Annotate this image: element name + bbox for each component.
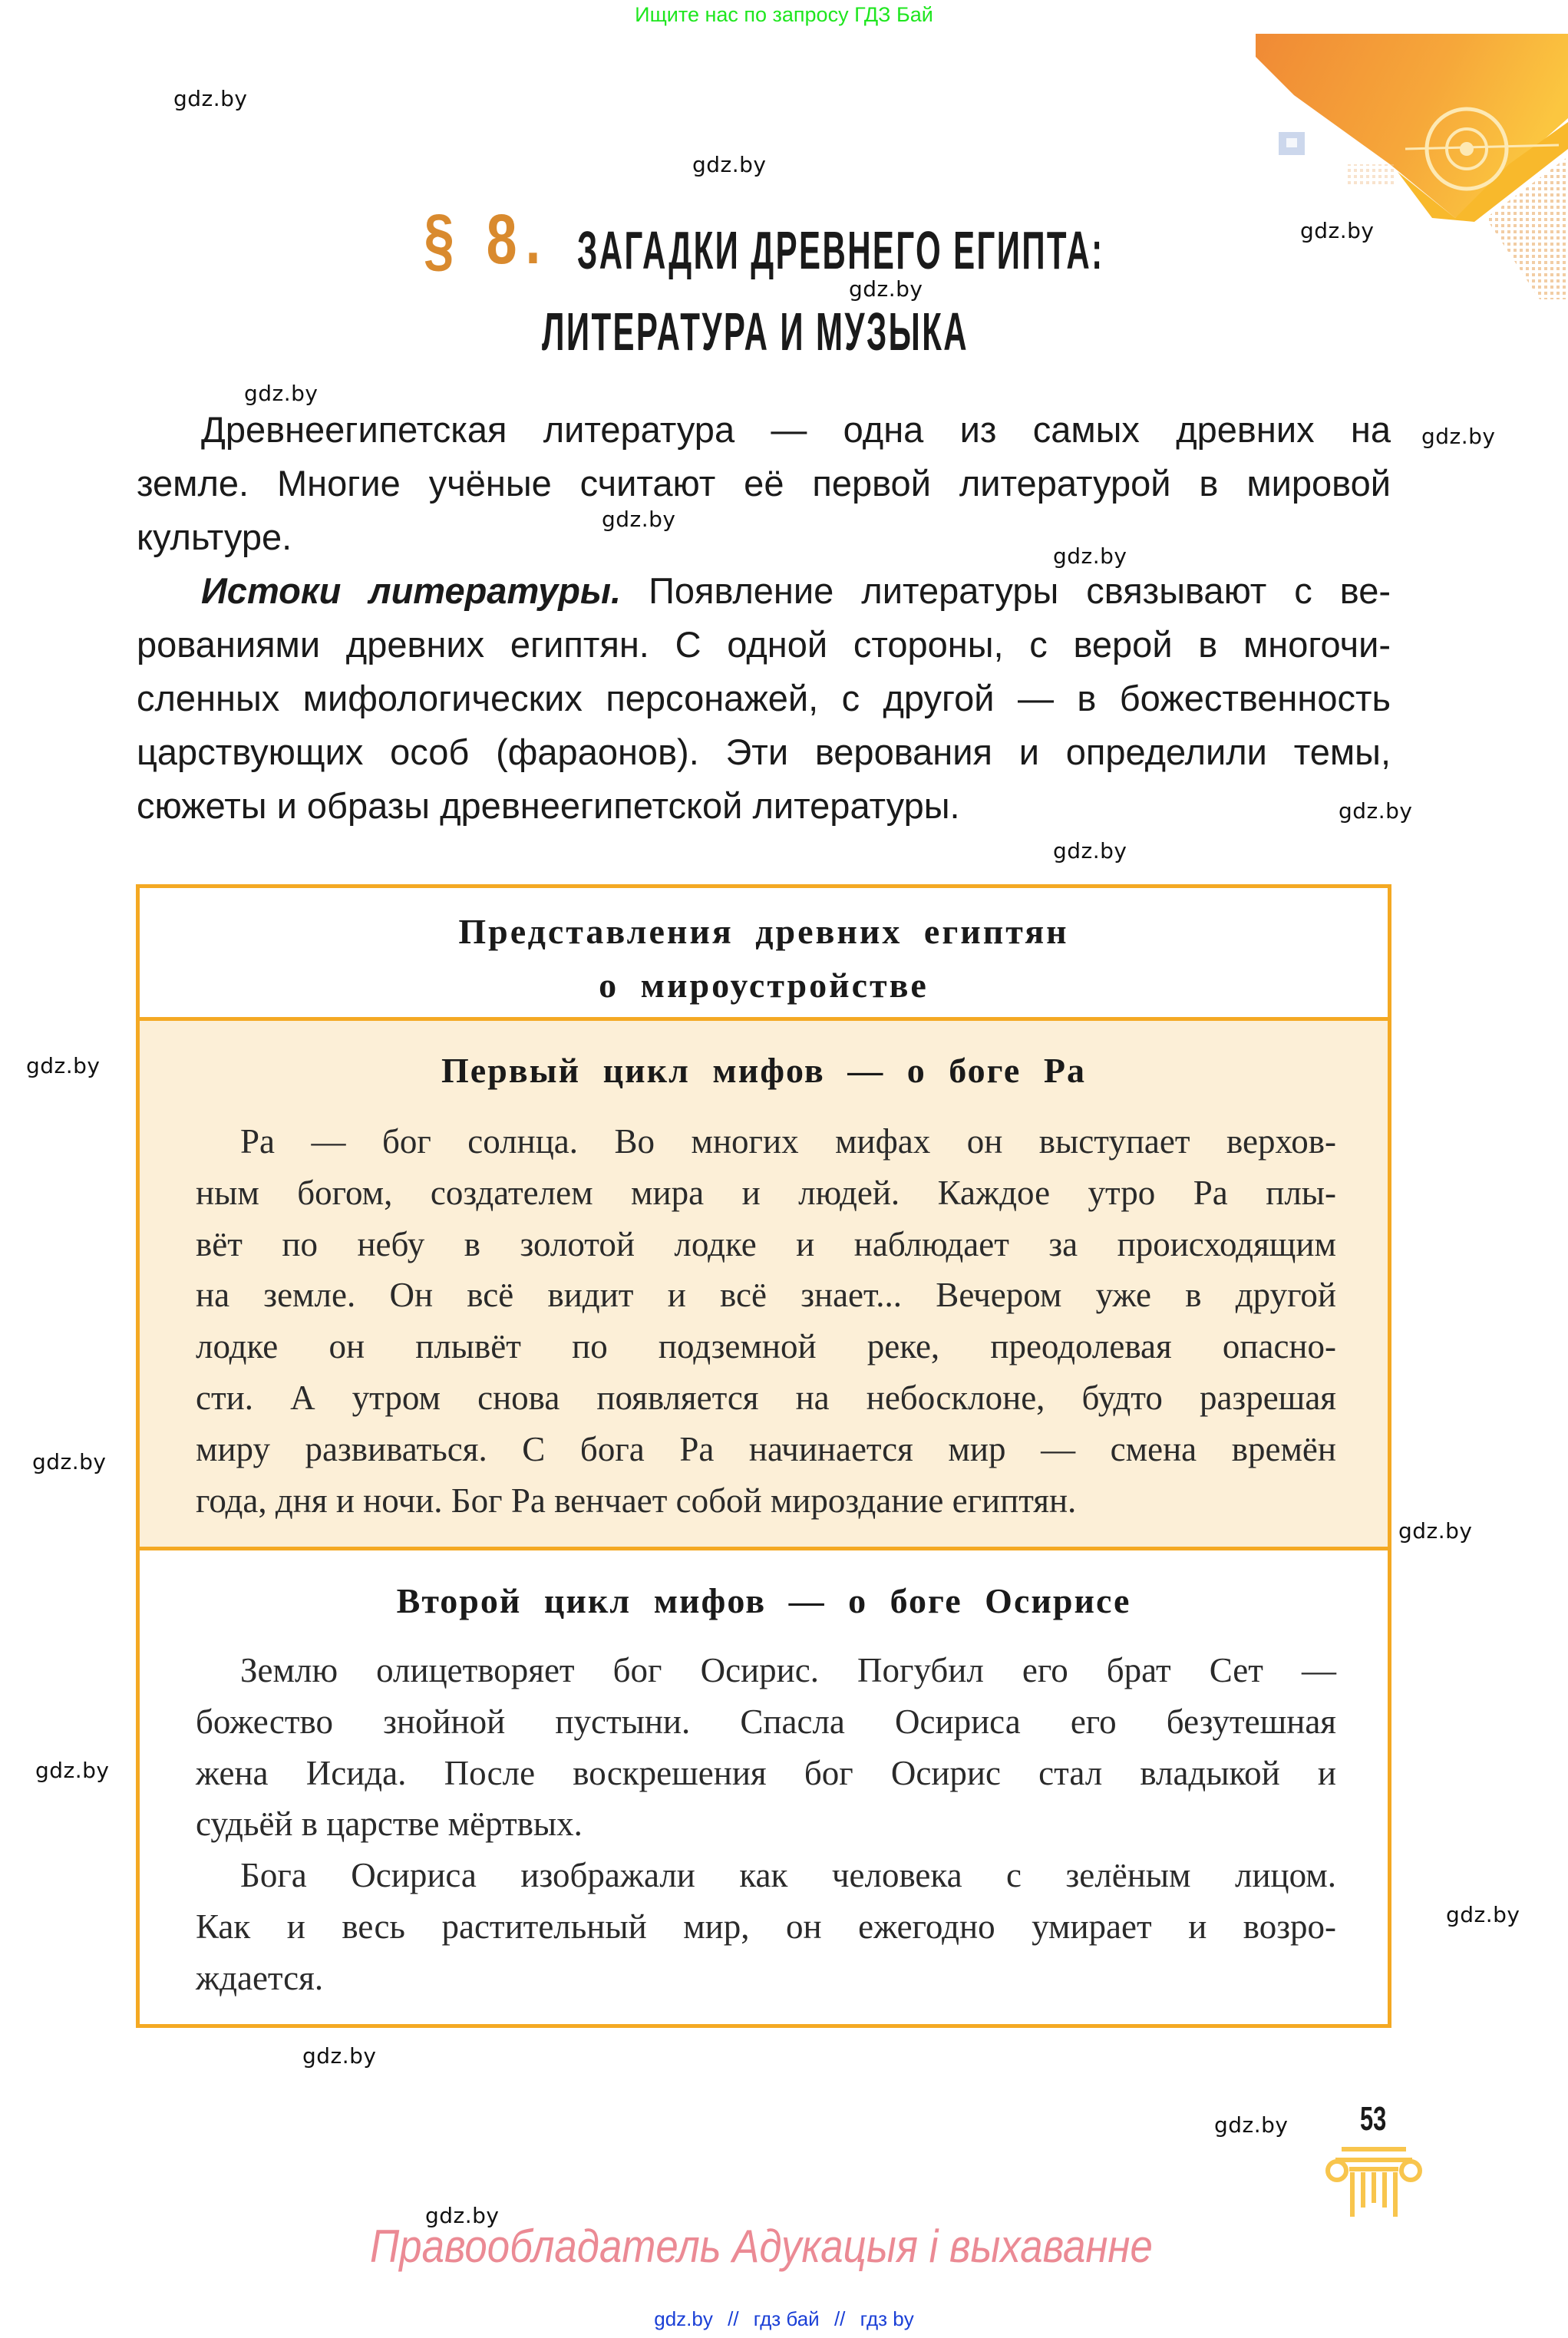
footer-separator: //	[834, 2307, 845, 2330]
world-order-box: Представления древних египтян о мироустр…	[136, 884, 1391, 2028]
text-line: ждается.	[196, 1953, 1336, 2004]
watermark: gdz.by	[173, 86, 248, 111]
text-line: года, дня и ночи. Бог Ра венчает собой м…	[196, 1475, 1336, 1527]
osiris-section-title: Второй цикл мифов — о боге Осирисе	[140, 1576, 1388, 1626]
text-line: судьёй в царстве мёртвых.	[196, 1798, 1336, 1850]
page-title-line-2: ЛИТЕРАТУРА И МУЗЫКА	[542, 301, 969, 362]
text-line: миру развиваться. С бога Ра начинается м…	[196, 1424, 1336, 1475]
footer-links: gdz.by // гдз бай // гдз by	[0, 2307, 1568, 2331]
text-line: земле. Многие учёные считают её первой л…	[137, 457, 1391, 510]
text-line: лодке он плывёт по подземной реке, преод…	[196, 1321, 1336, 1372]
page-number: 53	[1360, 2100, 1386, 2138]
watermark: gdz.by	[26, 1053, 101, 1078]
footer-link-gdz-by[interactable]: gdz.by	[654, 2307, 713, 2330]
text-line: рованиями древних египтян. С одной сторо…	[137, 618, 1391, 672]
ra-section-text: Ра — бог солнца. Во многих мифах он выст…	[196, 1116, 1336, 1526]
text-fragment: Появление литературы связывают с ве-	[621, 570, 1391, 611]
text-line: божество знойной пустыни. Спасла Осириса…	[196, 1696, 1336, 1748]
search-banner[interactable]: Ищите нас по запросу ГДЗ Бай	[0, 3, 1568, 27]
column-icon	[1322, 2145, 1426, 2218]
box-header: Представления древних египтян о мироустр…	[140, 888, 1388, 1021]
text-line: Землю олицетворяет бог Осирис. Погубил е…	[196, 1645, 1336, 1696]
page-title-line-1: ЗАГАДКИ ДРЕВНЕГО ЕГИПТА:	[577, 220, 1104, 281]
box-title-line-2: о мироустройстве	[140, 959, 1388, 1012]
origins-paragraph: Истоки литературы. Появление литературы …	[137, 564, 1391, 833]
text-line: жена Исида. После воскрешения бог Осирис…	[196, 1748, 1336, 1799]
watermark: gdz.by	[1053, 838, 1127, 864]
intro-paragraph: Древнеегипетская литература — одна из са…	[137, 403, 1391, 564]
text-line: Как и весь растительный мир, он ежегодно…	[196, 1901, 1336, 1953]
text-line: на земле. Он всё видит и всё знает... Ве…	[196, 1270, 1336, 1321]
watermark: gdz.by	[1214, 2112, 1289, 2138]
sun-ornament-icon	[1256, 34, 1568, 299]
watermark: gdz.by	[692, 152, 767, 177]
osiris-section-text: Землю олицетворяет бог Осирис. Погубил е…	[196, 1645, 1336, 2004]
footer-link-gdz-bai[interactable]: гдз бай	[754, 2307, 820, 2330]
watermark: gdz.by	[35, 1758, 110, 1783]
text-line: сюжеты и образы древнеегипетской литерат…	[137, 779, 1391, 833]
subheading-origins: Истоки литературы.	[201, 570, 621, 611]
text-line: царствующих особ (фараонов). Эти верован…	[137, 725, 1391, 779]
text-line: ным богом, создателем мира и людей. Кажд…	[196, 1167, 1336, 1219]
ra-myth-section: Первый цикл мифов — о боге Ра Ра — бог с…	[140, 1021, 1388, 1550]
watermark: gdz.by	[1446, 1902, 1520, 1927]
text-line: Древнеегипетская литература — одна из са…	[137, 403, 1391, 457]
text-line: Бога Осириса изображали как человека с з…	[196, 1850, 1336, 1901]
watermark: gdz.by	[1421, 424, 1496, 449]
watermark: gdz.by	[32, 1449, 107, 1474]
ra-section-title: Первый цикл мифов — о боге Ра	[140, 1045, 1388, 1096]
text-line: культуре.	[137, 510, 1391, 564]
section-number: § 8.	[424, 201, 549, 278]
text-line: сленных мифологических персонажей, с дру…	[137, 672, 1391, 725]
watermark: gdz.by	[1300, 218, 1375, 243]
corner-ornament	[1256, 34, 1568, 299]
watermark: gdz.by	[1398, 1518, 1473, 1544]
text-line: сти. А утром снова появляется на небоскл…	[196, 1372, 1336, 1424]
box-title-line-1: Представления древних египтян	[140, 905, 1388, 959]
footer-link-gdz-by-cyr[interactable]: гдз by	[860, 2307, 914, 2330]
footer-separator: //	[728, 2307, 738, 2330]
copyright-notice: Правообладатель Адукацыя і выхаванне	[370, 2220, 1153, 2273]
text-line: вёт по небу в золотой лодке и наблюдает …	[196, 1219, 1336, 1270]
text-line: Истоки литературы. Появление литературы …	[137, 564, 1391, 618]
osiris-myth-section: Второй цикл мифов — о боге Осирисе Землю…	[140, 1554, 1388, 2024]
text-line: Ра — бог солнца. Во многих мифах он выст…	[196, 1116, 1336, 1167]
watermark: gdz.by	[302, 2043, 377, 2069]
